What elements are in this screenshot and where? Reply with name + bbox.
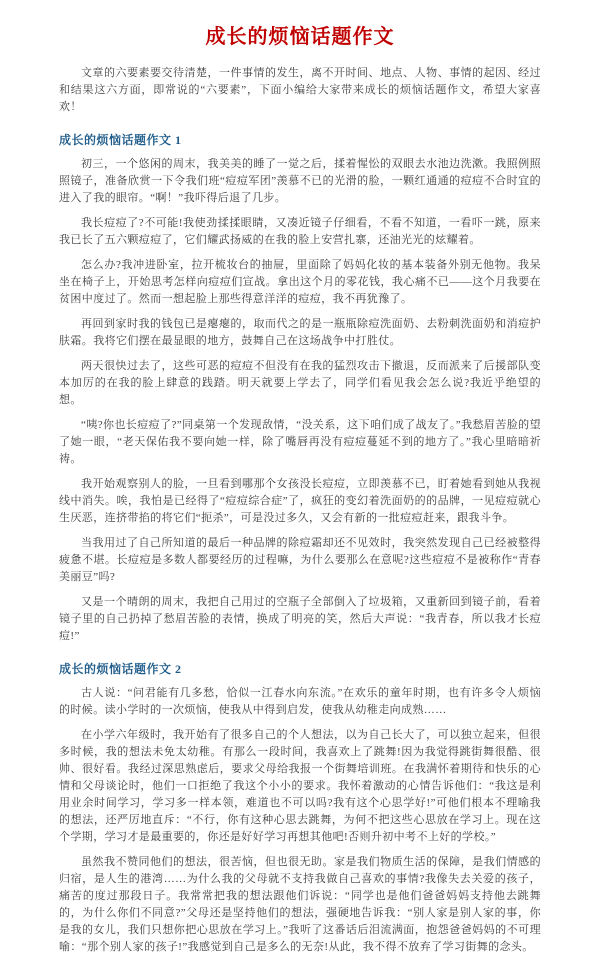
essay-paragraph: 初三，一个悠闲的周末，我美美的睡了一觉之后，揉着惺忪的双眼去水池边洗漱。我照例照…: [59, 156, 541, 207]
essay-paragraph: 我长痘痘了?不可能!我使劲揉揉眼睛，又凑近镜子仔细看，不看不知道，一看吓一跳，原…: [59, 215, 541, 249]
page-title: 成长的烦恼话题作文: [59, 20, 541, 49]
essay-paragraph: 两天很快过去了，这些可恶的痘痘不但没有在我的猛烈攻击下撤退，反而派来了后援部队变…: [59, 358, 541, 409]
document-page: 成长的烦恼话题作文 文章的六要素要交待清楚，一件事情的发生，离不开时间、地点、人…: [59, 0, 541, 956]
essay-sections: 成长的烦恼话题作文 1初三，一个悠闲的周末，我美美的睡了一觉之后，揉着惺忪的双眼…: [59, 131, 541, 956]
intro-paragraph: 文章的六要素要交待清楚，一件事情的发生，离不开时间、地点、人物、事情的起因、经过…: [59, 65, 541, 116]
essay-paragraph: 在小学六年级时，我开始有了很多自己的个人想法，以为自己长大了，可以独立起来，但很…: [59, 727, 541, 846]
essay-paragraph: 再回到家时我的钱包已是瘪瘪的，取而代之的是一瓶瓶除痘洗面奶、去粉刺洗面奶和消痘护…: [59, 316, 541, 350]
essay-paragraph: 怎么办?我冲进卧室，拉开梳妆台的抽屉，里面除了妈妈化妆的基本装备外别无他物。我呆…: [59, 257, 541, 308]
essay-paragraph: “咦?你也长痘痘了?”同桌第一个发现敌情，“没关系，这下咱们成了战友了。”我愁眉…: [59, 417, 541, 468]
essay-paragraph: 虽然我不赞同他们的想法，很苦恼，但也很无助。家是我们物质生活的保障，是我们情感的…: [59, 854, 541, 956]
essay-paragraph: 古人说：“问君能有几多愁，恰似一江春水向东流。”在欢乐的童年时期，也有许多令人烦…: [59, 685, 541, 719]
essay-paragraph: 当我用过了自己所知道的最后一种品牌的除痘霜却还不见效时，我突然发现自己已经被整得…: [59, 535, 541, 586]
section-heading: 成长的烦恼话题作文 2: [59, 660, 541, 677]
essay-paragraph: 我开始观察别人的脸，一旦看到哪那个女孩没长痘痘，立即羡慕不已，盯着她看到她从我视…: [59, 476, 541, 527]
section-heading: 成长的烦恼话题作文 1: [59, 131, 541, 148]
essay-paragraph: 又是一个晴朗的周末，我把自己用过的空瓶子全部倒入了垃圾箱，又重新回到镜子前，看着…: [59, 594, 541, 645]
